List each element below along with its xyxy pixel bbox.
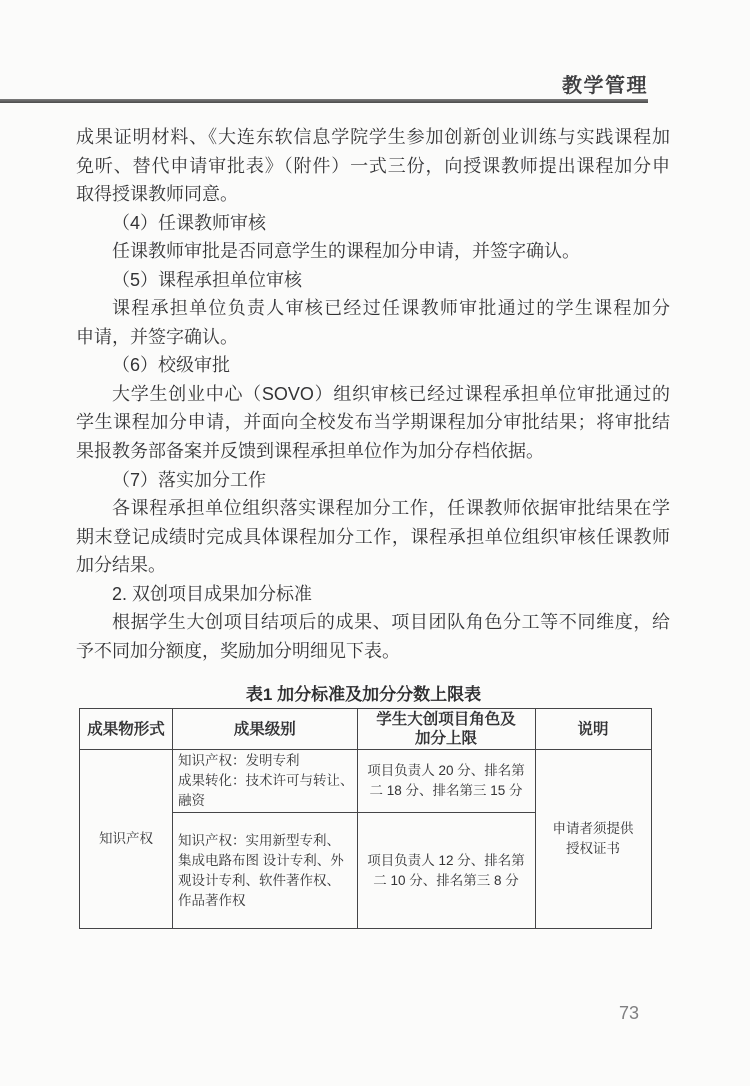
body-text: 成果证明材料、《大连东软信息学院学生参加创新创业训练与实践课程加分、 免听、替代… xyxy=(76,123,670,665)
body-line: 任课教师审批是否同意学生的课程加分申请，并签字确认。 xyxy=(76,237,670,266)
body-line: （7）落实加分工作 xyxy=(76,466,670,495)
body-line: 申请，并签字确认。 xyxy=(76,323,670,352)
body-line: 2. 双创项目成果加分标准 xyxy=(76,580,670,609)
body-line: （4）任课教师审核 xyxy=(76,209,670,238)
document-page: 教学管理 成果证明材料、《大连东软信息学院学生参加创新创业训练与实践课程加分、 … xyxy=(0,0,750,1086)
header-cell-level: 成果级别 xyxy=(173,709,358,750)
body-line: 课程承担单位负责人审核已经过任课教师审批通过的学生课程加分 xyxy=(76,294,670,323)
header-cell-role: 学生大创项目角色及 加分上限 xyxy=(357,709,535,750)
cell-note: 申请者须提供 授权证书 xyxy=(535,750,651,929)
body-line: 根据学生大创项目结项后的成果、项目团队角色分工等不同维度，给 xyxy=(76,608,670,637)
body-line: 学生课程加分申请，并面向全校发布当学期课程加分审批结果；将审批结 xyxy=(76,408,670,437)
body-line: 取得授课教师同意。 xyxy=(76,180,670,209)
body-line: 加分结果。 xyxy=(76,551,670,580)
cell-result-form: 知识产权 xyxy=(80,750,173,929)
body-line: 果报教务部备案并反馈到课程承担单位作为加分存档依据。 xyxy=(76,437,670,466)
body-line: 予不同加分额度，奖励加分明细见下表。 xyxy=(76,637,670,666)
header-rule xyxy=(0,99,648,103)
table-caption: 表1 加分标准及加分分数上限表 xyxy=(79,680,648,705)
page-number: 73 xyxy=(603,1003,655,1024)
bonus-points-table: 成果物形式 成果级别 学生大创项目角色及 加分上限 说明 知识产权 知识产权：发… xyxy=(79,708,652,929)
body-line: 大学生创业中心（SOVO）组织审核已经过课程承担单位审批通过的 xyxy=(76,380,670,409)
body-line: 成果证明材料、《大连东软信息学院学生参加创新创业训练与实践课程加分、 xyxy=(76,123,670,152)
header-cell-form: 成果物形式 xyxy=(80,709,173,750)
body-line: 期末登记成绩时完成具体课程加分工作，课程承担单位组织审核任课教师 xyxy=(76,523,670,552)
cell-score-limit-1: 项目负责人 20 分、排名第 二 18 分、排名第三 15 分 xyxy=(357,750,535,813)
header-cell-note: 说明 xyxy=(535,709,651,750)
body-line: 各课程承担单位组织落实课程加分工作，任课教师依据审批结果在学 xyxy=(76,494,670,523)
body-line: 免听、替代申请审批表》（附件）一式三份，向授课教师提出课程加分申请， xyxy=(76,152,670,181)
cell-result-level-1: 知识产权：发明专利 成果转化：技术许可与转让、 融资 xyxy=(173,750,358,813)
cell-result-level-2: 知识产权：实用新型专利、 集成电路布图 设计专利、外 观设计专利、软件著作权、 … xyxy=(173,813,358,929)
cell-score-limit-2: 项目负责人 12 分、排名第 二 10 分、排名第三 8 分 xyxy=(357,813,535,929)
body-line: （6）校级审批 xyxy=(76,351,670,380)
page-header-title: 教学管理 xyxy=(0,69,648,98)
body-line: （5）课程承担单位审核 xyxy=(76,266,670,295)
